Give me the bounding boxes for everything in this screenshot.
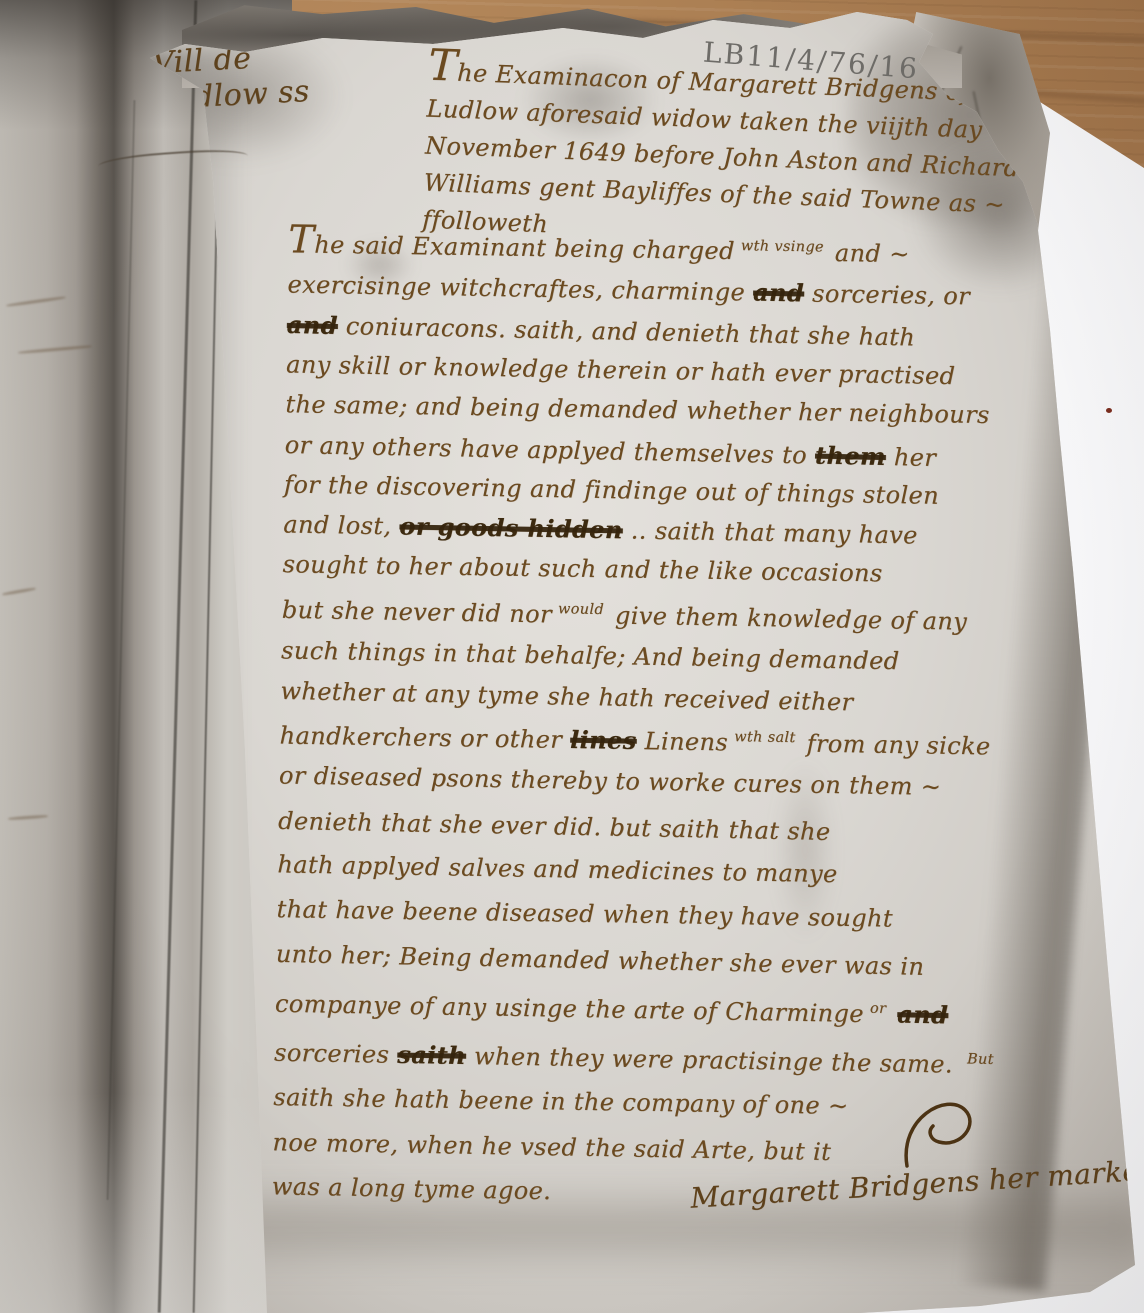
bleedthrough-mark <box>2 587 36 596</box>
page-fold-seam <box>158 0 198 1313</box>
examination-body: The said Examinant being chargedwth vsin… <box>271 219 1048 1219</box>
page-edge-line <box>107 100 136 1200</box>
photograph-of-manuscript: Vill de Ludlow ss LB11/4/76/16 The Exami… <box>0 0 1144 1313</box>
bleedthrough-mark <box>6 296 66 307</box>
body-line: sorceries saith when they were practisin… <box>274 1028 1035 1087</box>
ink-speck <box>1106 408 1112 413</box>
body-line: that have beene diseased when they have … <box>276 889 1037 941</box>
bleedthrough-mark <box>18 345 92 354</box>
bleedthrough-mark <box>8 815 48 821</box>
